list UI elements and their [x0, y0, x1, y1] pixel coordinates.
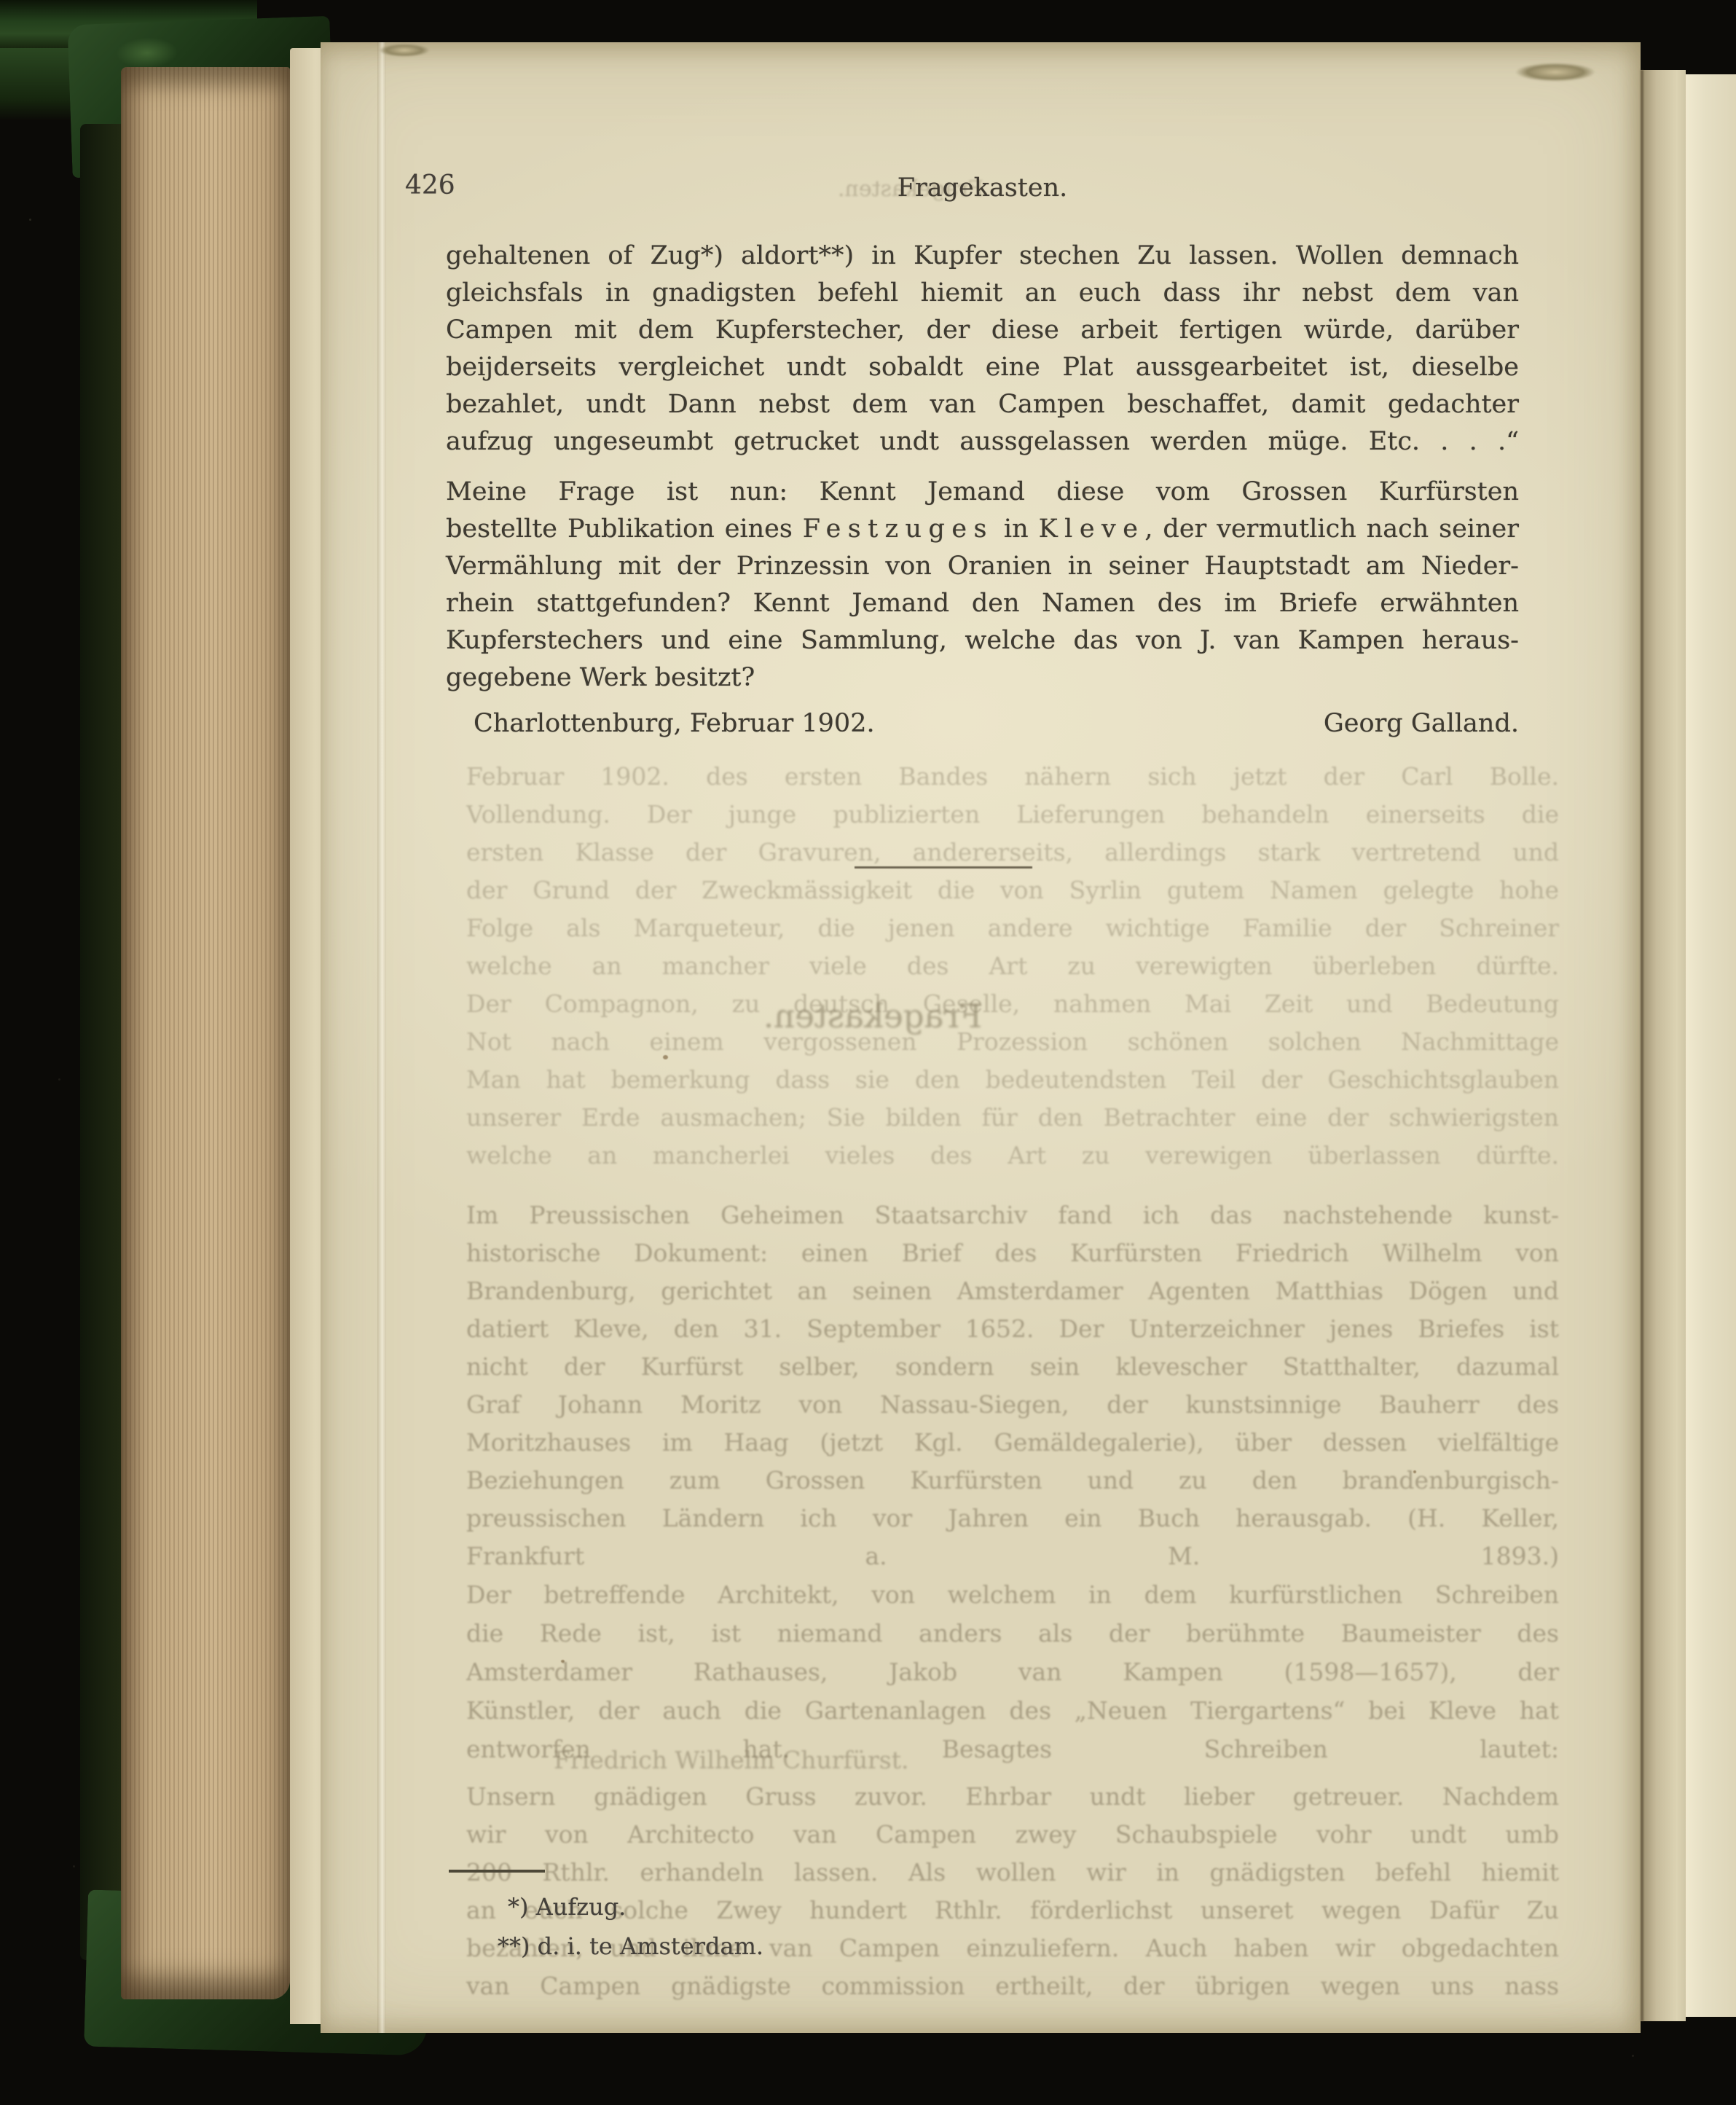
- line-segment: bestellte Publikation eines: [446, 514, 803, 544]
- bleedthrough-line: preussischen Ländern ich vor Jahren ein …: [466, 1500, 1559, 1537]
- paragraph-line: Campen mit dem Kupferstecher, der diese …: [446, 312, 1519, 349]
- bleedthrough-line: Der betreffende Architekt, von welchem i…: [466, 1575, 1559, 1614]
- dateline-place-date: Charlottenburg, Februar 1902.: [474, 709, 875, 738]
- bleedthrough-line: die Rede ist, ist niemand anders als der…: [466, 1614, 1559, 1653]
- bleedthrough-subheading: Friedrich Wilhelm Churfürst.: [554, 1746, 1428, 1774]
- bleedthrough-paragraph: Februar 1902. des ersten Bandes nähern s…: [466, 758, 1559, 1175]
- bleedthrough-line: Moritzhauses im Haag (jetzt Kgl. Gemälde…: [466, 1424, 1559, 1462]
- page-edge-stack: [121, 67, 290, 1999]
- bleedthrough-line: Not nach einem vergossenen Prozession sc…: [466, 1023, 1559, 1061]
- section-divider: [855, 866, 1032, 869]
- footnote-rule: [449, 1870, 545, 1873]
- bleedthrough-line: Man hat bemerkung dass sie den bedeutend…: [466, 1061, 1559, 1099]
- gutter-crease: [1641, 70, 1643, 2021]
- line-segment: in: [994, 514, 1039, 544]
- top-edge-debris: [379, 44, 430, 57]
- paragraph-line: Meine Frage ist nun: Kennt Jemand diese …: [446, 474, 1519, 511]
- running-head: Fragekasten.: [446, 173, 1519, 203]
- book-scan: Fragekasten. Februar 1902. des ersten Ba…: [0, 0, 1736, 2105]
- bleedthrough-line: unserer Erde ausmachen; Sie bilden für d…: [466, 1099, 1559, 1137]
- paragraph-line: gegebene Werk besitzt?: [446, 659, 1519, 697]
- bleedthrough-paragraph: Unsern gnädigen Gruss zuvor. Ehrbar undt…: [466, 1778, 1559, 2005]
- adjacent-page-edge: [1686, 74, 1736, 2017]
- bleedthrough-line: historische Dokument: einen Brief des Ku…: [466, 1234, 1559, 1272]
- paragraph-line: Vermählung mit der Prinzessin von Oranie…: [446, 548, 1519, 585]
- page-gutter: [1641, 70, 1686, 2021]
- bleedthrough-line: welche an mancherlei vieles des Art zu v…: [466, 1137, 1559, 1175]
- line-segment: , der vermutlich nach seiner: [1144, 514, 1519, 544]
- bleedthrough-line: Februar 1902. des ersten Bandes nähern s…: [466, 758, 1559, 796]
- bleedthrough-line: Folge als Marqueteur, die jenen andere w…: [466, 909, 1559, 947]
- bleedthrough-line: Vollendung. Der junge publizierten Liefe…: [466, 796, 1559, 834]
- bleedthrough-line: Graf Johann Moritz von Nassau-Siegen, de…: [466, 1386, 1559, 1424]
- bleedthrough-line: 200 Rthlr. erhandeln lassen. Als wollen …: [466, 1854, 1559, 1892]
- emphasized-word: Kleve: [1039, 514, 1145, 544]
- paragraph-line: gleichsfals in gnadigsten befehl hiemit …: [446, 275, 1519, 312]
- bleedthrough-paragraph: Der betreffende Architekt, von welchem i…: [466, 1575, 1559, 1768]
- top-edge-debris: [1515, 63, 1595, 82]
- bleedthrough-line: Amsterdamer Rathauses, Jakob van Kampen …: [466, 1653, 1559, 1691]
- bleedthrough-line: Im Preussischen Geheimen Staatsarchiv fa…: [466, 1196, 1559, 1234]
- bleedthrough-line: der Grund der Zweckmässigkeit die von Sy…: [466, 871, 1559, 909]
- bleedthrough-line: Künstler, der auch die Gartenanlagen des…: [466, 1691, 1559, 1730]
- paragraph-line: rhein stattgefunden? Kennt Jemand den Na…: [446, 585, 1519, 622]
- paragraph-line: aufzug ungeseumbt getrucket undt aussgel…: [446, 423, 1519, 460]
- bleedthrough-line: welche an mancher viele des Art zu verew…: [466, 947, 1559, 985]
- author-signature: Georg Galland.: [1324, 709, 1519, 738]
- paragraph-line: bezahlet, undt Dann nebst dem van Campen…: [446, 386, 1519, 423]
- paragraph-line: gehaltenen of Zug*) aldort**) in Kupfer …: [446, 238, 1519, 275]
- bleedthrough-line: datiert Kleve, den 31. September 1652. D…: [466, 1310, 1559, 1348]
- paragraph-line: Kupferstechers und eine Sammlung, welche…: [446, 622, 1519, 659]
- emphasized-word: Festzuges: [803, 514, 994, 544]
- dateline-row: Charlottenburg, Februar 1902. Georg Gall…: [446, 709, 1519, 738]
- bleedthrough-line: Unsern gnädigen Gruss zuvor. Ehrbar undt…: [466, 1778, 1559, 1816]
- body-paragraph-1: gehaltenen of Zug*) aldort**) in Kupfer …: [446, 238, 1519, 460]
- scan-bed-speckles: [29, 219, 31, 221]
- bleedthrough-line: an euch solche Zwey hundert Rthlr. förde…: [466, 1892, 1559, 1929]
- paragraph-line: bestellte Publikation eines Festzuges in…: [446, 511, 1519, 548]
- bleedthrough-paragraph: Im Preussischen Geheimen Staatsarchiv fa…: [466, 1196, 1559, 1575]
- bleedthrough-line: nicht der Kurfürst selber, sondern sein …: [466, 1348, 1559, 1386]
- paragraph-line: beijderseits vergleichet undt sobaldt ei…: [446, 349, 1519, 386]
- bleedthrough-line: Brandenburg, gerichtet an seinen Amsterd…: [466, 1272, 1559, 1310]
- bleedthrough-line: wir von Architecto van Campen zwey Schau…: [466, 1816, 1559, 1854]
- page-crease: [377, 42, 386, 2033]
- footnote-2: **) d. i. te Amsterdam.: [498, 1932, 763, 1960]
- bleedthrough-line: Frankfurt a. M. 1893.): [466, 1537, 1559, 1575]
- bleedthrough-line: Beziehungen zum Grossen Kurfürsten und z…: [466, 1462, 1559, 1500]
- bleedthrough-line: Der Compagnon, zu deutsch Geselle, nahme…: [466, 985, 1559, 1023]
- footnote-1: *) Aufzug.: [508, 1893, 626, 1921]
- bleedthrough-heading: Fragekasten.: [749, 997, 997, 1035]
- bleedthrough-line: van Campen gnädigste commission ertheilt…: [466, 1967, 1559, 2005]
- body-paragraph-2: Meine Frage ist nun: Kennt Jemand diese …: [446, 474, 1519, 697]
